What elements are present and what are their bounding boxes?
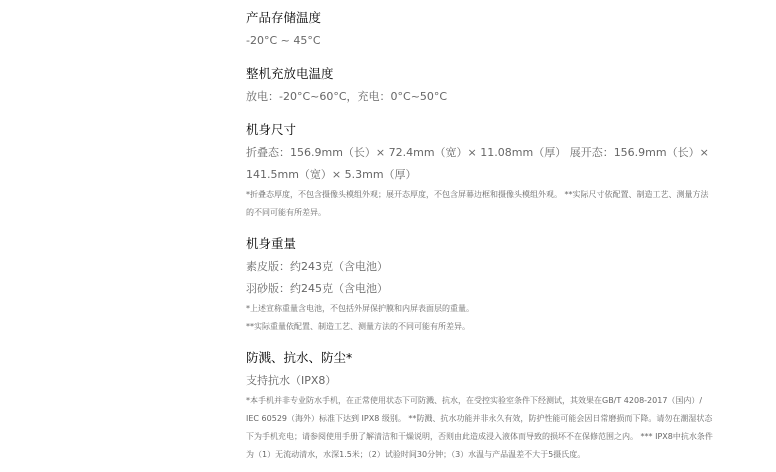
spec-title: 产品存储温度 bbox=[246, 8, 716, 28]
spec-title: 机身尺寸 bbox=[246, 120, 716, 140]
spec-title: 防溅、抗水、防尘* bbox=[246, 348, 716, 368]
spec-charging-temperature: 整机充放电温度 放电：-20°C~60°C，充电：0°C~50°C bbox=[246, 64, 716, 108]
spec-weight: 机身重量 素皮版：约243克（含电池） 羽砂版：约245克（含电池） *上述宣称… bbox=[246, 234, 716, 336]
spec-note: *上述宣称重量含电池，不包括外屏保护膜和内屏表面层的重量。 bbox=[246, 300, 716, 318]
spec-title: 机身重量 bbox=[246, 234, 716, 254]
spec-note: *折叠态厚度，不包含摄像头模组外观；展开态厚度，不包含屏幕边框和摄像头模组外观。… bbox=[246, 186, 716, 222]
spec-title: 整机充放电温度 bbox=[246, 64, 716, 84]
spec-value: 折叠态：156.9mm（长）× 72.4mm（宽）× 11.08mm（厚） 展开… bbox=[246, 142, 716, 186]
spec-note: **实际重量依配置、制造工艺、测量方法的不同可能有所差异。 bbox=[246, 318, 716, 336]
spec-value: 素皮版：约243克（含电池） bbox=[246, 256, 716, 278]
spec-value: 羽砂版：约245克（含电池） bbox=[246, 278, 716, 300]
spec-water-resistance: 防溅、抗水、防尘* 支持抗水（IPX8） *本手机并非专业防水手机，在正常使用状… bbox=[246, 348, 716, 464]
spec-value: -20°C ~ 45°C bbox=[246, 30, 716, 52]
spec-value: 支持抗水（IPX8） bbox=[246, 370, 716, 392]
spec-dimensions: 机身尺寸 折叠态：156.9mm（长）× 72.4mm（宽）× 11.08mm（… bbox=[246, 120, 716, 222]
spec-note: *本手机并非专业防水手机，在正常使用状态下可防溅、抗水，在受控实验室条件下经测试… bbox=[246, 392, 716, 464]
spec-value: 放电：-20°C~60°C，充电：0°C~50°C bbox=[246, 86, 716, 108]
spec-list: 产品存储温度 -20°C ~ 45°C 整机充放电温度 放电：-20°C~60°… bbox=[246, 8, 716, 472]
spec-storage-temperature: 产品存储温度 -20°C ~ 45°C bbox=[246, 8, 716, 52]
